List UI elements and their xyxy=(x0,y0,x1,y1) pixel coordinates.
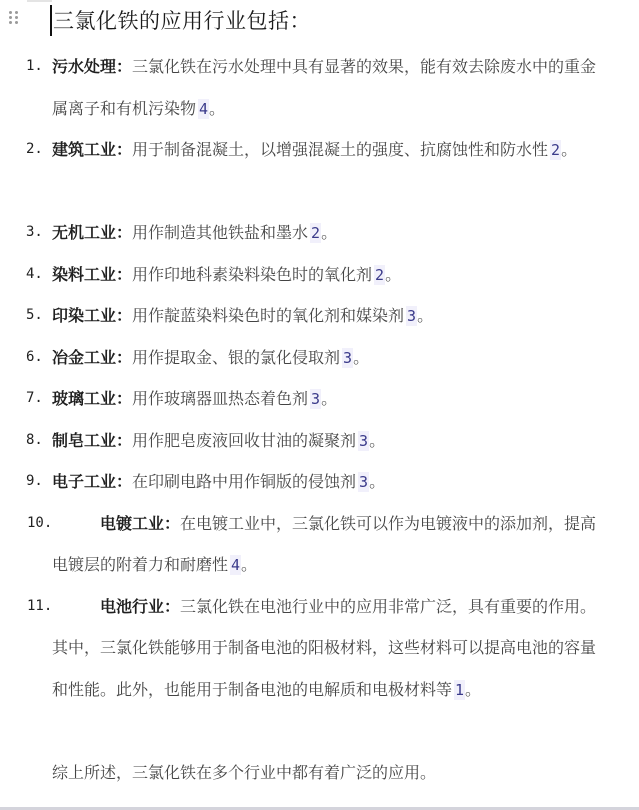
item-end: 。 xyxy=(321,389,337,408)
citation-link[interactable]: 3 xyxy=(342,348,353,368)
item-text: 用作玻璃器皿热态着色剂 xyxy=(132,389,308,408)
list-number: 7. xyxy=(26,378,43,420)
item-text: 用作肥皂废液回收甘油的凝聚剂 xyxy=(132,431,356,450)
item-text: 在印刷电路中用作铜版的侵蚀剂 xyxy=(132,472,356,491)
item-term: 冶金工业： xyxy=(52,348,132,367)
item-term: 电镀工业： xyxy=(100,514,180,533)
item-end: 。 xyxy=(369,472,385,491)
list-number: 11. xyxy=(27,586,52,628)
item-end: 。 xyxy=(561,140,577,159)
list-number: 5. xyxy=(26,295,43,337)
item-term: 染料工业： xyxy=(52,265,132,284)
citation-link[interactable]: 3 xyxy=(358,472,369,492)
list-number: 6. xyxy=(26,337,43,379)
item-text: 用作制造其他铁盐和墨水 xyxy=(132,223,308,242)
item-end: 。 xyxy=(321,223,337,242)
item-term: 印染工业： xyxy=(52,306,132,325)
item-term: 电子工业： xyxy=(52,472,132,491)
summary-paragraph: 综上所述，三氯化铁在多个行业中都有着广泛的应用。 xyxy=(52,752,436,793)
citation-link[interactable]: 4 xyxy=(198,99,209,119)
list-number: 3. xyxy=(26,212,43,254)
list-number: 8. xyxy=(26,420,43,462)
applications-list: 1.污水处理：三氯化铁在污水处理中具有显著的效果，能有效去除废水中的重金属离子和… xyxy=(0,46,639,710)
citation-link[interactable]: 2 xyxy=(374,265,385,285)
list-number: 1. xyxy=(26,46,43,88)
citation-link[interactable]: 3 xyxy=(310,389,321,409)
list-number: 10. xyxy=(27,503,52,545)
drag-handle-icon[interactable] xyxy=(9,11,19,25)
citation-link[interactable]: 2 xyxy=(310,223,321,243)
citation-link[interactable]: 2 xyxy=(550,140,561,160)
item-end: 。 xyxy=(465,680,481,699)
citation-link[interactable]: 4 xyxy=(230,555,241,575)
item-end: 。 xyxy=(369,431,385,450)
list-number: 2. xyxy=(26,129,43,171)
list-item: 2.建筑工业：用于制备混凝土，以增强混凝土的强度、抗腐蚀性和防水性2。 xyxy=(0,129,639,212)
citation-link[interactable]: 1 xyxy=(454,680,465,700)
item-end: 。 xyxy=(209,99,225,118)
list-item: 7.玻璃工业：用作玻璃器皿热态着色剂3。 xyxy=(0,378,639,420)
item-term: 玻璃工业： xyxy=(52,389,132,408)
item-term: 无机工业： xyxy=(52,223,132,242)
item-text: 用作靛蓝染料染色时的氧化剂和媒染剂 xyxy=(132,306,404,325)
item-end: 。 xyxy=(385,265,401,284)
list-item: 1.污水处理：三氯化铁在污水处理中具有显著的效果，能有效去除废水中的重金属离子和… xyxy=(0,46,639,129)
item-end: 。 xyxy=(417,306,433,325)
item-text: 用作提取金、银的氯化侵取剂 xyxy=(132,348,340,367)
item-term: 制皂工业： xyxy=(52,431,132,450)
list-number: 4. xyxy=(26,254,43,296)
list-item: 11.电池行业：三氯化铁在电池行业中的应用非常广泛，具有重要的作用。 其中，三氯… xyxy=(0,586,639,711)
list-item: 9.电子工业：在印刷电路中用作铜版的侵蚀剂3。 xyxy=(0,461,639,503)
item-text: 用作印地科素染料染色时的氧化剂 xyxy=(132,265,372,284)
list-item: 4.染料工业：用作印地科素染料染色时的氧化剂2。 xyxy=(0,254,639,296)
item-term: 建筑工业： xyxy=(52,140,132,159)
item-term: 电池行业： xyxy=(100,597,180,616)
item-end: 。 xyxy=(353,348,369,367)
item-text: 用于制备混凝土，以增强混凝土的强度、抗腐蚀性和防水性 xyxy=(132,140,548,159)
item-end: 。 xyxy=(241,555,257,574)
document-heading: 三氯化铁的应用行业包括： xyxy=(53,6,311,36)
citation-link[interactable]: 3 xyxy=(358,431,369,451)
list-item: 10.电镀工业：在电镀工业中，三氯化铁可以作为电镀液中的添加剂，提高电镀层的附着… xyxy=(0,503,639,586)
citation-link[interactable]: 3 xyxy=(406,306,417,326)
list-item: 3.无机工业：用作制造其他铁盐和墨水2。 xyxy=(0,212,639,254)
item-term: 污水处理： xyxy=(52,57,132,76)
list-item: 6.冶金工业：用作提取金、银的氯化侵取剂3。 xyxy=(0,337,639,379)
item-text: 三氯化铁在污水处理中具有显著的效果，能有效去除废水中的重金属离子和有机污染物 xyxy=(52,57,596,118)
top-tab-edge xyxy=(27,0,52,2)
text-cursor xyxy=(50,5,52,36)
list-item: 8.制皂工业：用作肥皂废液回收甘油的凝聚剂3。 xyxy=(0,420,639,462)
list-number: 9. xyxy=(26,461,43,503)
list-item: 5.印染工业：用作靛蓝染料染色时的氧化剂和媒染剂3。 xyxy=(0,295,639,337)
